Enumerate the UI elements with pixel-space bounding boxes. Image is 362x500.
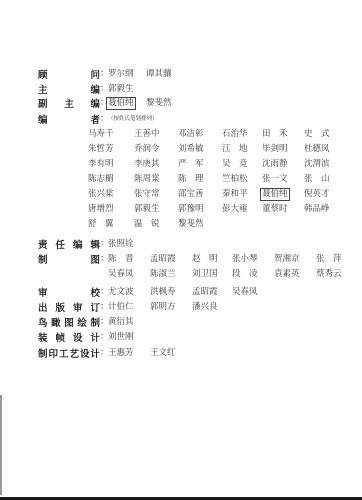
editor-name: 田 禾 [262, 127, 288, 141]
editors-label: 编 者 [38, 112, 100, 126]
editors-names-row: 朱哲芳 乔润令 刘希敏 江 地 毕剑明 杜德凤 [0, 142, 362, 156]
editor-name: 郭毅生 [134, 202, 160, 216]
editor-name: 陈志楣 [88, 172, 114, 186]
responsible-editor-row: 责 任 编 辑 ： 张照铨 [0, 237, 362, 251]
label-char: 订 [90, 300, 100, 314]
proofreading-label: 审 校 [38, 285, 100, 299]
print-designer-name: 王文红 [150, 346, 176, 360]
editor-name: 刘希敏 [178, 142, 204, 156]
label-char: 图 [64, 315, 74, 329]
credits-page: 顾 问 ： 罗尔纲 谭其骧 主 编 ： 郭毅生 副 主 编 ： 聂伯纯 黎斐然 … [0, 0, 362, 500]
label-char: 设 [73, 330, 83, 344]
editor-name: 江 地 [222, 142, 248, 156]
chief-editor-name: 郭毅生 [108, 82, 134, 96]
proofreader-name: 孟昭霞 [192, 285, 218, 299]
proofreader-name: 吴春凤 [232, 285, 258, 299]
editors-names-row: 马寿千 王善中 邓洁彰 石治华 田 禾 史 式 [0, 127, 362, 141]
label-char: 工 [59, 346, 69, 360]
editor-name: 舒 翼 [88, 217, 114, 231]
editor-name: 张 山 [304, 172, 330, 186]
label-char: 顾 [38, 67, 48, 81]
editor-name: 马寿千 [88, 127, 114, 141]
chief-editor-row: 主 编 ： 郭毅生 [0, 82, 362, 96]
editor-name: 朱哲芳 [88, 142, 114, 156]
label-char: 主 [64, 96, 74, 110]
reviewer-name: 计伯仁 [108, 300, 134, 314]
editor-name: 李有明 [88, 157, 114, 171]
editor-name: 张兴棠 [88, 187, 114, 201]
cartographer-name: 张小琴 [232, 252, 258, 266]
editor-name: 彭大雍 [222, 202, 248, 216]
label-char: 制 [38, 252, 48, 266]
editor-name: 郭豫明 [178, 202, 204, 216]
editors-names-row: 陈志楣 陈周棠 陈 理 竺柏松 张一文 张 山 [0, 172, 362, 186]
editor-name: 秦和平 [222, 187, 248, 201]
label-char: 装 [38, 330, 48, 344]
editor-name: 竺柏松 [222, 172, 248, 186]
editor-name: 陈周棠 [134, 172, 160, 186]
label-char: 责 [38, 237, 48, 251]
label-char: 鸟 [38, 315, 48, 329]
editor-name: 史 式 [304, 127, 330, 141]
label-char: 主 [38, 82, 48, 96]
editor-name: 陈 理 [178, 172, 204, 186]
editors-names-row: 李有明 李庚其 严 军 吴 竞 沈雨静 沈渭滨 [0, 157, 362, 171]
advisor-name: 谭其骧 [146, 67, 172, 81]
publication-review-label: 出 版 审 订 [38, 300, 100, 314]
label-char: 艺 [69, 346, 79, 360]
cartographer-name: 孟昭霞 [150, 252, 176, 266]
label-char: 者 [90, 112, 100, 126]
label-char: 问 [90, 67, 100, 81]
print-designer-name: 王惠芳 [108, 346, 134, 360]
editor-name: 张守常 [134, 187, 160, 201]
responsible-editor-label: 责 任 编 辑 [38, 237, 100, 251]
label-char: 版 [55, 300, 65, 314]
editor-name: 沈雨静 [262, 157, 288, 171]
deputy-chief-editor-label: 副 主 编 [38, 96, 100, 110]
label-char: 图 [90, 252, 100, 266]
editor-name: 董蔡时 [262, 202, 288, 216]
label-char: 计 [90, 346, 100, 360]
editor-name: 倪英才 [304, 187, 330, 201]
editor-name: 吴 竞 [222, 157, 248, 171]
label-char: 审 [38, 285, 48, 299]
editor-name: 毕剑明 [262, 142, 288, 156]
label-char: 制 [90, 315, 100, 329]
responsible-editor-name: 张照铨 [108, 237, 134, 251]
cartographer-name: 袁素英 [274, 267, 300, 281]
editor-name: 石治华 [222, 127, 248, 141]
binding-designer-name: 刘世刚 [108, 330, 134, 344]
chief-editor-label: 主 编 [38, 82, 100, 96]
editors-names-row: 张兴棠 张守常 邵宝善 秦和平 聂伯纯 倪英才 [0, 187, 362, 201]
editor-name: 温 锐 [134, 217, 160, 231]
editor-name: 唐增烈 [88, 202, 114, 216]
editor-name: 张一文 [262, 172, 288, 186]
editor-name: 黎斐然 [178, 217, 204, 231]
editor-name: 杜德凤 [304, 142, 330, 156]
editors-sort-note: （按姓氏笔划排列） [108, 112, 158, 126]
editors-names-row: 舒 翼 温 锐 黎斐然 [0, 217, 362, 231]
cartographer-name: 段 凌 [232, 267, 258, 281]
label-char: 辑 [90, 237, 100, 251]
label-char: 编 [90, 96, 100, 110]
editor-name: 韩品峥 [304, 202, 330, 216]
editor-name: 邵宝善 [178, 187, 204, 201]
birdseye-drawing-label: 鸟 瞰 图 绘 制 [38, 315, 100, 329]
publication-review-row: 出 版 审 订 ： 计伯仁 郭明方 潘兴良 [0, 300, 362, 314]
label-char: 校 [90, 285, 100, 299]
birdseye-artist-name: 黄衍其 [108, 315, 134, 329]
editors-row: 编 者 ： （按姓氏笔划排列） [0, 112, 362, 126]
label-char: 印 [48, 346, 58, 360]
binding-design-label: 装 帧 设 计 [38, 330, 100, 344]
proofreader-name: 尤文波 [108, 285, 134, 299]
cartographer-name: 蔡秀云 [316, 267, 342, 281]
label-char: 编 [73, 237, 83, 251]
label-char: 任 [55, 237, 65, 251]
deputy-chief-editor-row: 副 主 编 ： 聂伯纯 黎斐然 [0, 96, 362, 110]
label-char: 绘 [77, 315, 87, 329]
reviewer-name: 郭明方 [150, 300, 176, 314]
advisors-label: 顾 问 [38, 67, 100, 81]
label-char: 计 [90, 330, 100, 344]
page-left-edge-shadow [0, 395, 2, 495]
label-char: 审 [73, 300, 83, 314]
editors-names-row: 唐增烈 郭毅生 郭豫明 彭大雍 董蔡时 韩品峥 [0, 202, 362, 216]
label-char: 副 [38, 96, 48, 110]
cartographer-name: 张 萍 [316, 252, 342, 266]
editor-name: 严 军 [178, 157, 204, 171]
cartography-row: 制 图 ： 陈 晋 孟昭霞 赵 明 张小琴 贺湘京 张 萍 [0, 252, 362, 266]
advisors-row: 顾 问 ： 罗尔纲 谭其骧 [0, 67, 362, 81]
label-char: 瞰 [51, 315, 61, 329]
proofreader-name: 洪枫寿 [150, 285, 176, 299]
binding-design-row: 装 帧 设 计 ： 刘世刚 [0, 330, 362, 344]
print-process-design-row: 制 印 工 艺 设 计 ： 王惠芳 王文红 [0, 346, 362, 360]
birdseye-drawing-row: 鸟 瞰 图 绘 制 ： 黄衍其 [0, 315, 362, 329]
cartographer-name: 贺湘京 [274, 252, 300, 266]
deputy-chief-editor-name: 黎斐然 [146, 96, 172, 110]
label-char: 出 [38, 300, 48, 314]
editor-name: 乔润令 [134, 142, 160, 156]
label-char: 制 [38, 346, 48, 360]
print-process-design-label: 制 印 工 艺 设 计 [38, 346, 100, 360]
editor-name: 沈渭滨 [304, 157, 330, 171]
label-char: 帧 [55, 330, 65, 344]
editor-name: 李庚其 [134, 157, 160, 171]
cartographer-name: 陈淑兰 [150, 267, 176, 281]
proofreading-row: 审 校 ： 尤文波 洪枫寿 孟昭霞 吴春凤 [0, 285, 362, 299]
editor-name-boxed: 聂伯纯 [260, 188, 290, 201]
editor-name: 王善中 [134, 127, 160, 141]
reviewer-name: 潘兴良 [192, 300, 218, 314]
label-char: 设 [80, 346, 90, 360]
cartography-row-2: 吴春凤 陈淑兰 刘卫国 段 凌 袁素英 蔡秀云 [0, 267, 362, 281]
editor-name: 邓洁彰 [178, 127, 204, 141]
label-char: 编 [38, 112, 48, 126]
cartographer-name: 陈 晋 [108, 252, 134, 266]
cartographer-name: 赵 明 [192, 252, 218, 266]
cartographer-name: 刘卫国 [192, 267, 218, 281]
cartography-label: 制 图 [38, 252, 100, 266]
advisor-name: 罗尔纲 [108, 67, 134, 81]
deputy-chief-editor-name-boxed: 聂伯纯 [106, 97, 136, 110]
label-char: 编 [90, 82, 100, 96]
cartographer-name: 吴春凤 [108, 267, 134, 281]
